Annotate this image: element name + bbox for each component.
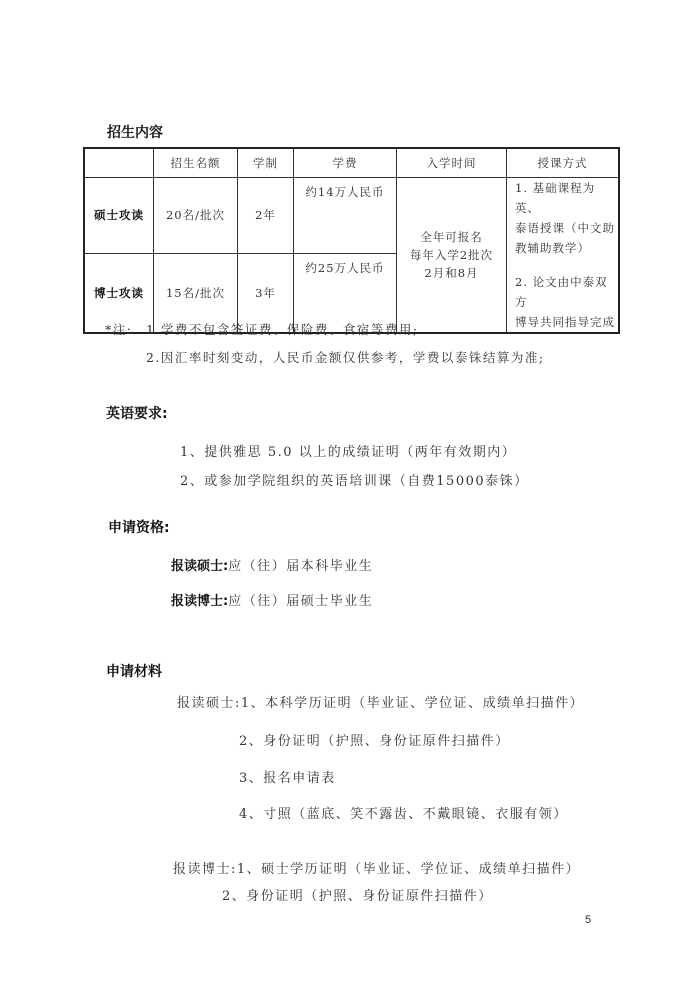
header-cell-empty: [84, 148, 154, 177]
materials-item: 2、身份证明（护照、身份证原件扫描件）: [222, 885, 493, 904]
eligibility-label: 报读博士:: [171, 594, 228, 609]
eligibility-item-doctor: 报读博士:应（往）届硕士毕业生: [171, 590, 373, 609]
intake-line: 每年入学2批次: [397, 246, 506, 264]
materials-master-line: 报读硕士:1、本科学历证明（毕业证、学位证、成绩单扫描件）: [177, 692, 584, 711]
materials-heading: 申请材料: [106, 661, 162, 681]
header-cell-quota: 招生名额: [154, 148, 238, 177]
enrollment-table: 招生名额 学制 学费 入学时间 授课方式 硕士攻读 20名/批次 2年 约14万…: [83, 147, 620, 334]
teaching-line: 1. 基础课程为英、: [515, 178, 618, 218]
quota-cell: 20名/批次: [154, 177, 238, 253]
page-number: 5: [585, 914, 591, 926]
eligibility-text: 应（往）届本科毕业生: [228, 559, 373, 574]
materials-doctor-line: 报读博士:1、硕士学历证明（毕业证、学位证、成绩单扫描件）: [173, 858, 580, 877]
header-cell-fee: 学费: [294, 148, 397, 177]
teaching-line: 泰语授课（中文助: [515, 218, 618, 238]
teaching-line: 博导共同指导完成: [515, 312, 618, 332]
materials-item: 2、身份证明（护照、身份证原件扫描件）: [239, 730, 510, 749]
materials-item: 1、硕士学历证明（毕业证、学位证、成绩单扫描件）: [237, 862, 580, 877]
table-row: 硕士攻读 20名/批次 2年 约14万人民币 全年可报名 每年入学2批次 2月和…: [84, 177, 619, 253]
duration-cell: 2年: [238, 177, 294, 253]
intake-line: 全年可报名: [397, 228, 506, 246]
intake-cell: 全年可报名 每年入学2批次 2月和8月: [397, 177, 507, 333]
eligibility-heading: 申请资格:: [108, 517, 170, 537]
notes-label: *注:: [105, 320, 132, 338]
materials-item: 1、本科学历证明（毕业证、学位证、成绩单扫描件）: [241, 696, 584, 711]
header-cell-teaching: 授课方式: [507, 148, 620, 177]
materials-label: 报读博士:: [173, 862, 237, 877]
teaching-line: 2. 论文由中泰双方: [515, 272, 618, 312]
teaching-line: 教辅助教学）: [515, 238, 618, 258]
eligibility-item-master: 报读硕士:应（往）届本科毕业生: [171, 555, 373, 574]
eligibility-text: 应（往）届硕士毕业生: [228, 594, 373, 609]
teaching-cell: 1. 基础课程为英、 泰语授课（中文助 教辅助教学） 2. 论文由中泰双方 博导…: [507, 177, 620, 333]
english-item: 1、提供雅思 5.0 以上的成绩证明（两年有效期内）: [180, 441, 516, 460]
header-cell-intake: 入学时间: [397, 148, 507, 177]
materials-item: 3、报名申请表: [239, 767, 336, 786]
table-header-row: 招生名额 学制 学费 入学时间 授课方式: [84, 148, 619, 177]
enrollment-heading: 招生内容: [107, 122, 163, 142]
fee-cell: 约14万人民币: [294, 177, 397, 253]
eligibility-label: 报读硕士:: [171, 559, 228, 574]
note-item: 1.学费不包含签证费、保险费、食宿等费用;: [146, 320, 419, 338]
materials-label: 报读硕士:: [177, 696, 241, 711]
english-heading: 英语要求:: [106, 403, 168, 423]
intake-line: 2月和8月: [397, 264, 506, 282]
note-item: 2.因汇率时刻变动，人民币金额仅供参考，学费以泰铢结算为准;: [146, 348, 545, 366]
program-cell: 硕士攻读: [84, 177, 154, 253]
materials-item: 4、寸照（蓝底、笑不露齿、不戴眼镜、衣服有领）: [239, 803, 568, 822]
header-cell-duration: 学制: [238, 148, 294, 177]
english-item: 2、或参加学院组织的英语培训课（自费15000泰铢）: [180, 470, 529, 489]
teaching-spacer: [515, 258, 618, 272]
